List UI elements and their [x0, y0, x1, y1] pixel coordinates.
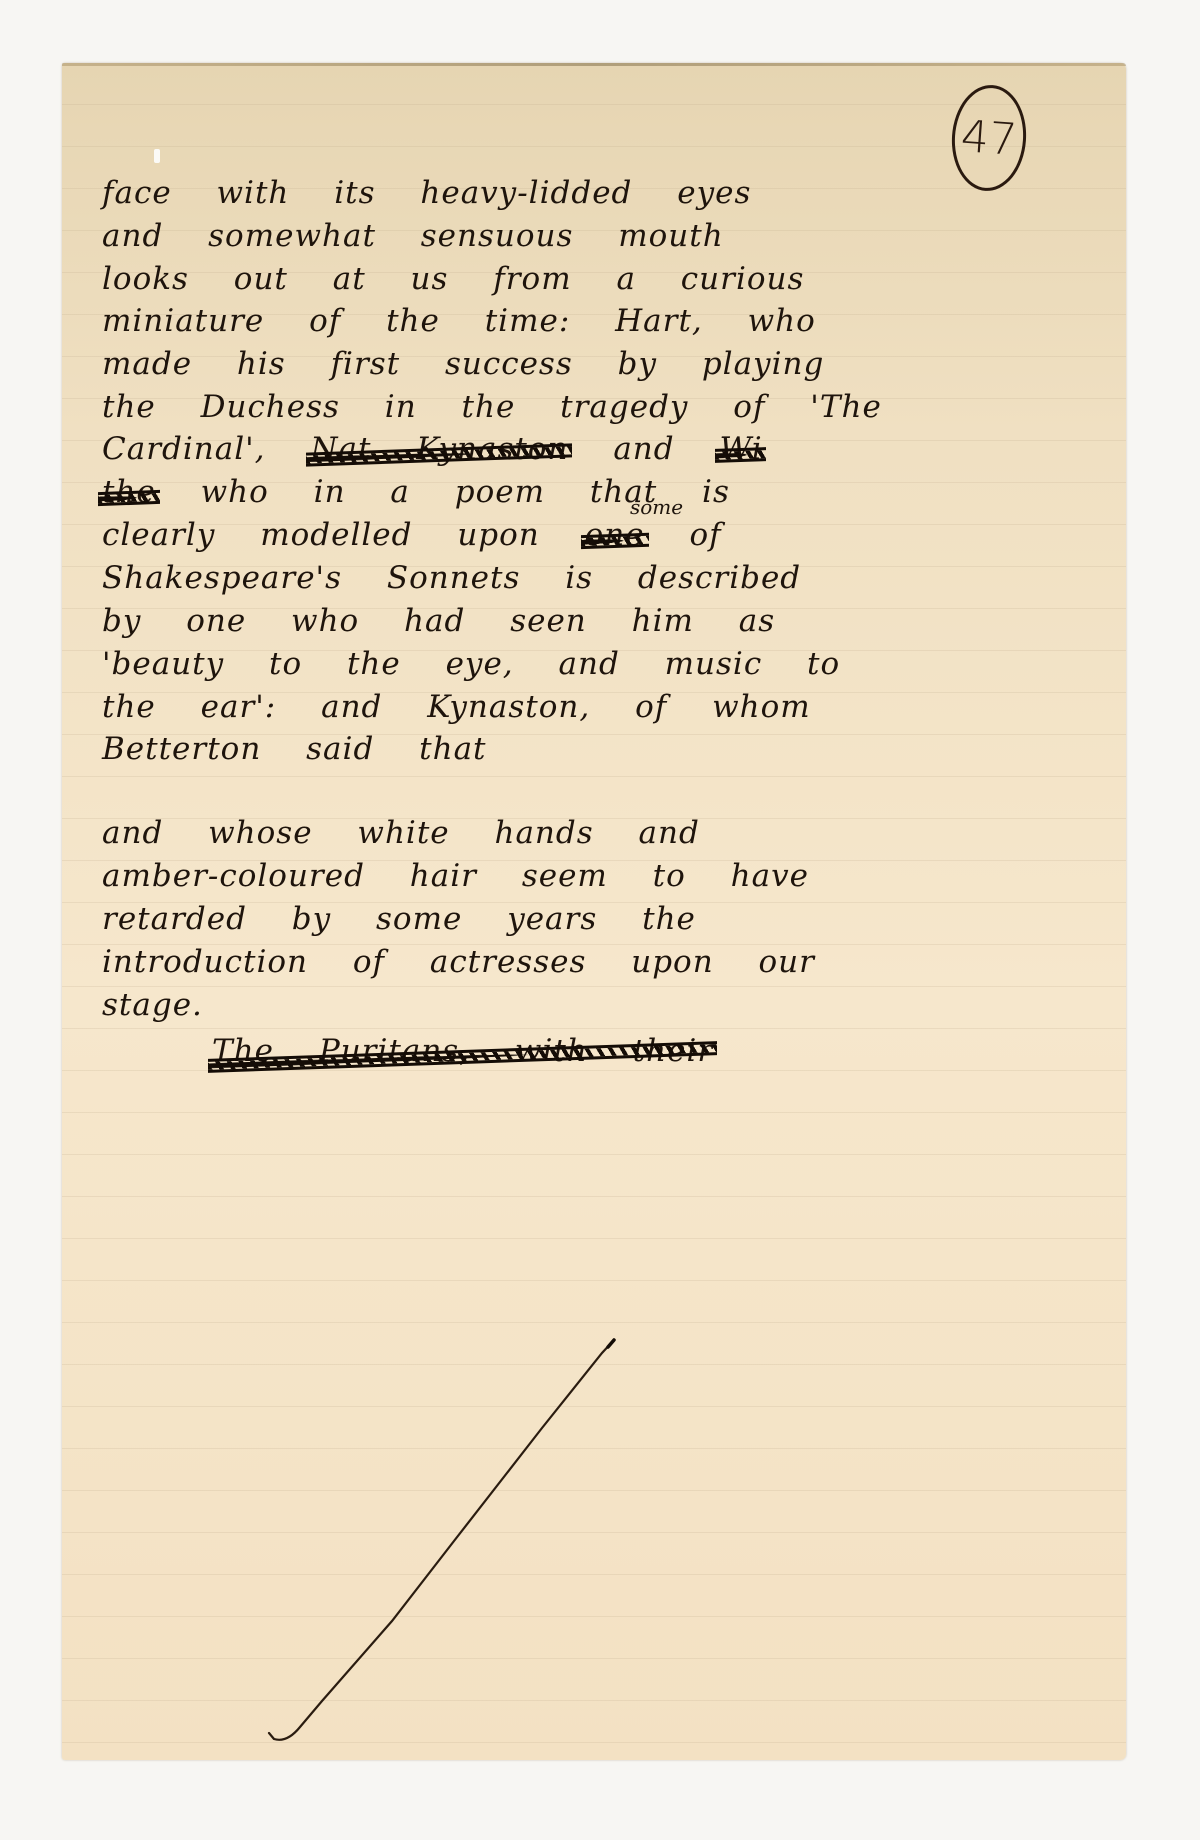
manuscript-page: 47 face with its heavy-lidded eyes and s…: [62, 63, 1126, 1760]
diagonal-cancel-stroke: [62, 63, 1126, 1760]
